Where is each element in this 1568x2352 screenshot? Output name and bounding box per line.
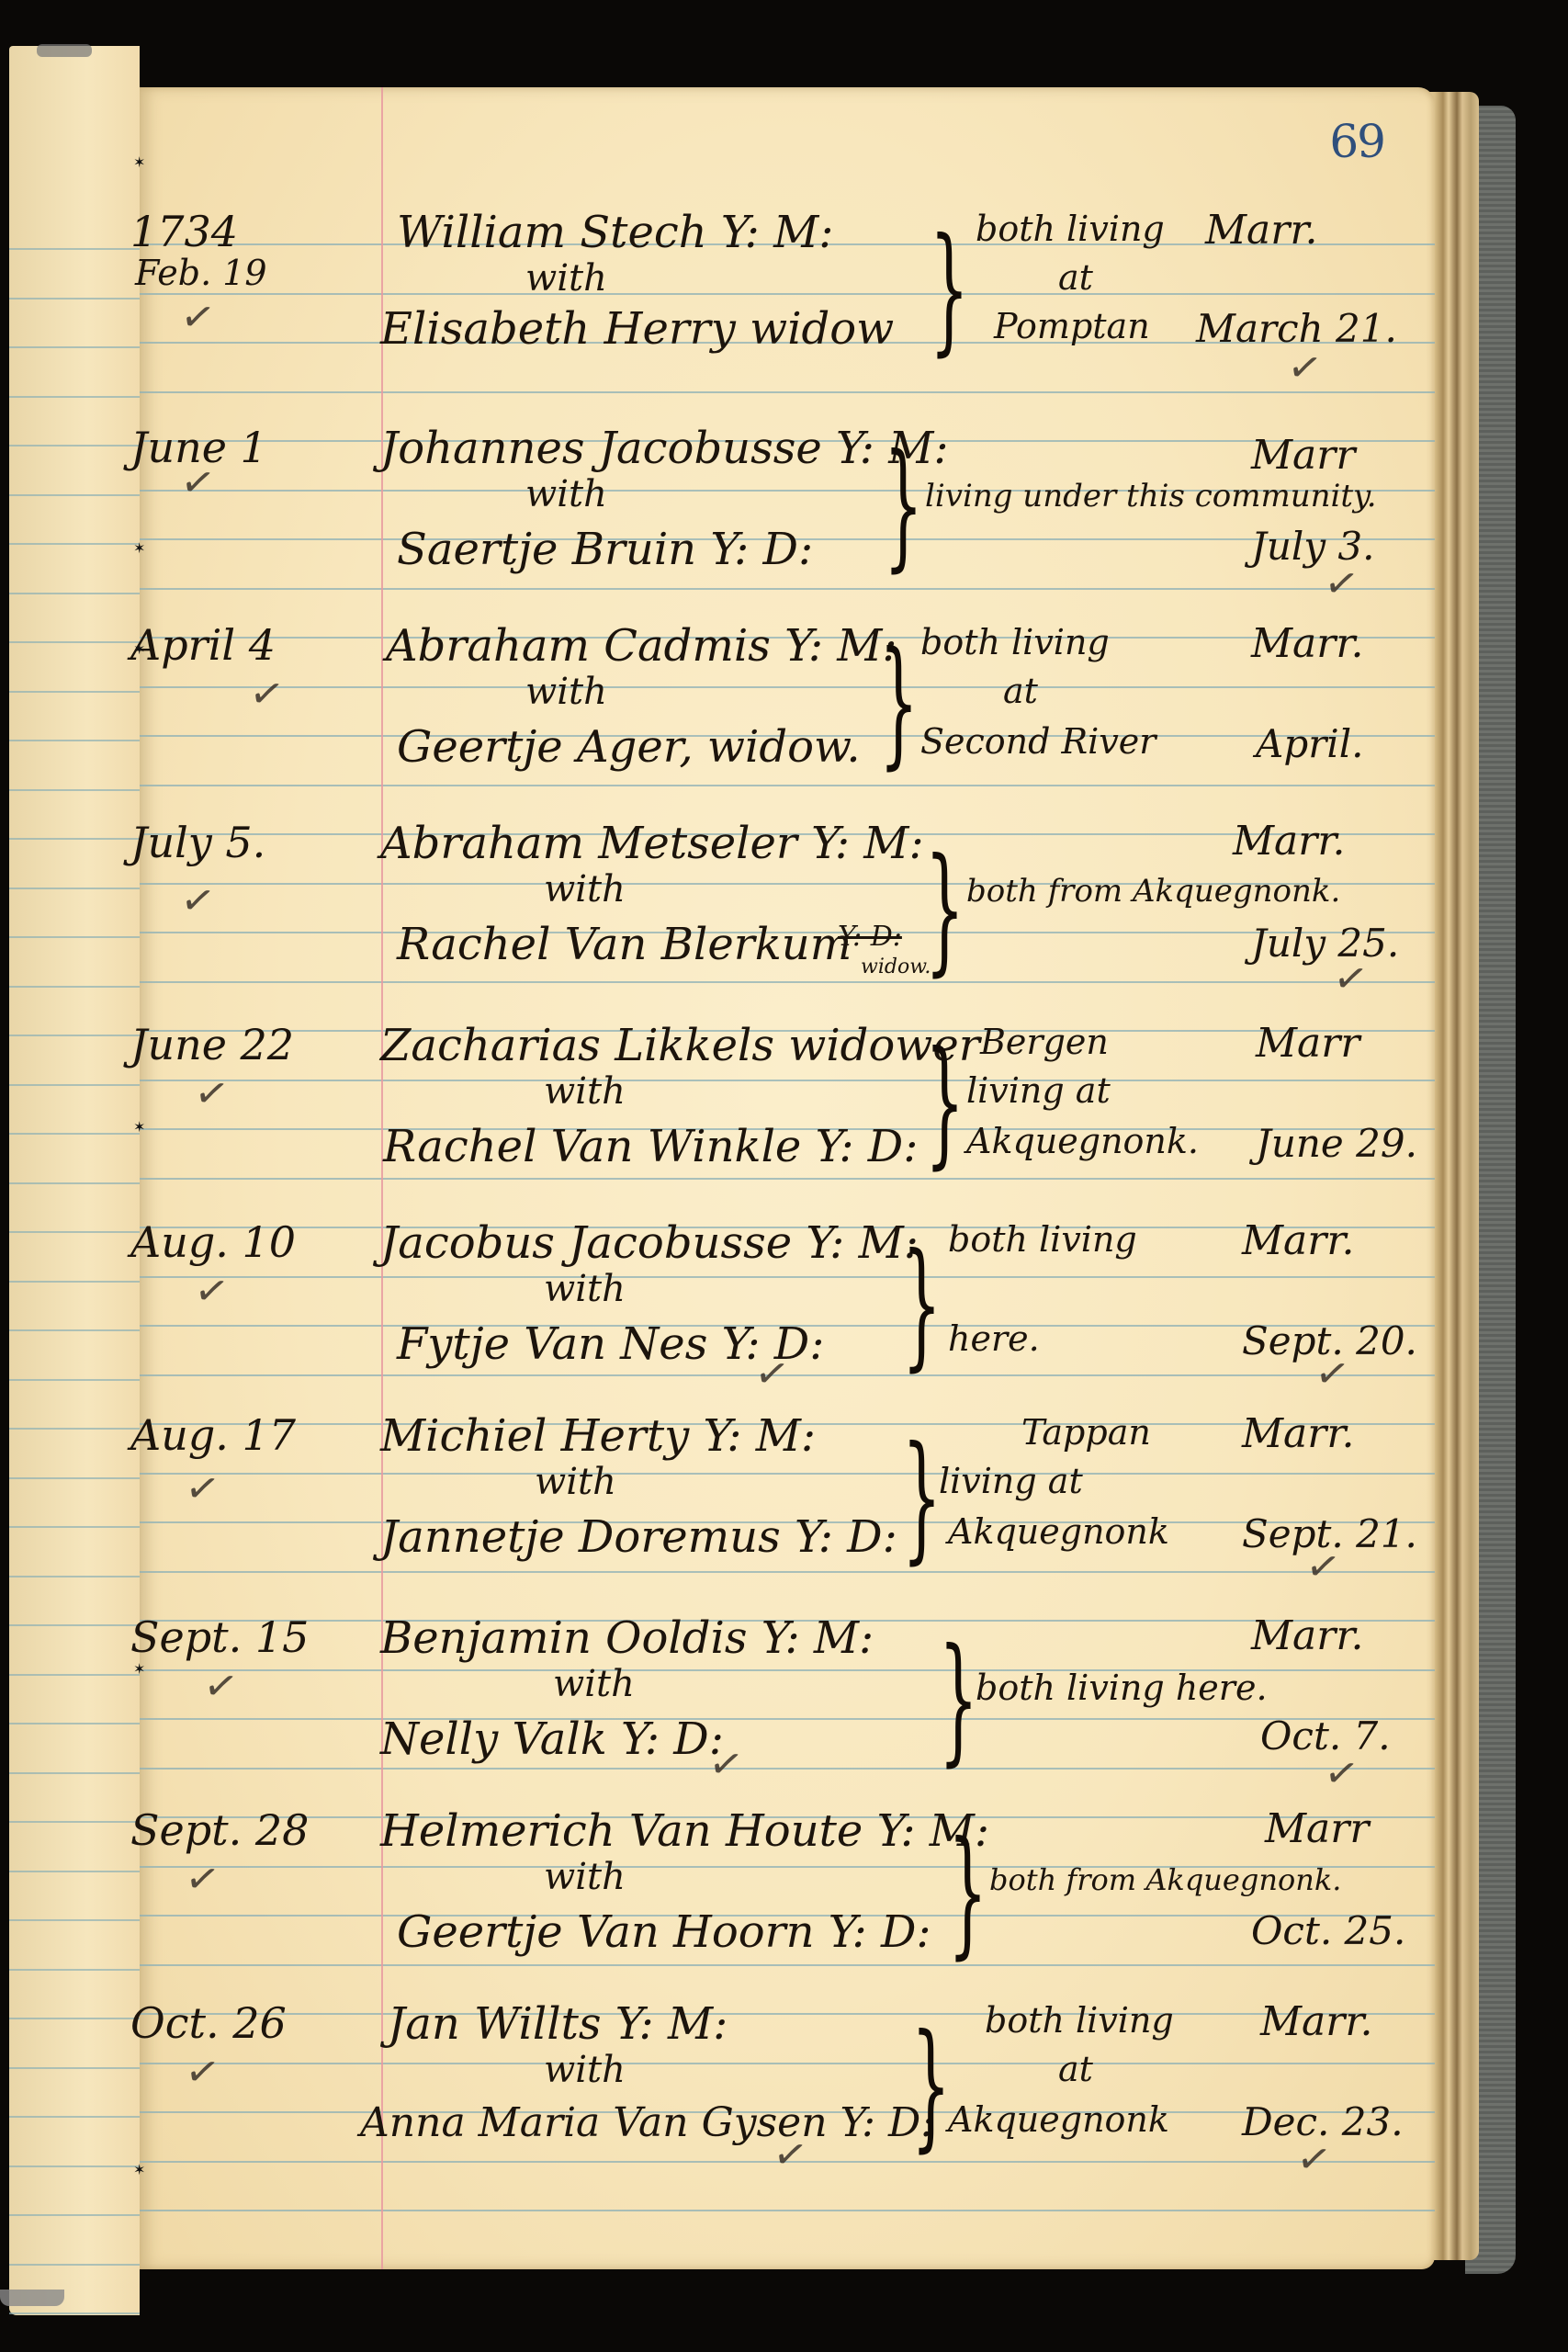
checkmark-icon: ✓ [1303,1541,1344,1593]
marriage-date: April. [1256,721,1364,766]
groom-name: Zacharias Likkels widower [380,1020,980,1071]
register-entry: July 5. ✓ Abraham Metseler Y: M: with Ra… [140,818,1435,974]
rule-line [9,1281,140,1283]
with-label: with [535,1461,616,1503]
with-label: with [544,2049,626,2091]
marriage-date: June 29. [1256,1121,1417,1166]
checkmark-icon: ✓ [182,1463,223,1515]
rule-line [9,1182,140,1184]
rule-line [9,346,140,348]
marriage-status: Marr. [1242,1410,1355,1457]
checkmark-icon: ✓ [200,1660,242,1713]
with-label: with [525,671,607,713]
with-label: with [544,1268,626,1310]
rule-line [9,936,140,938]
register-entry: Sept. 15 ✓ Benjamin Ooldis Y: M: with Ne… [140,1612,1435,1769]
checkmark-icon: ✓ [1321,1747,1362,1800]
rule-line [140,1571,1435,1573]
checkmark-icon: ✓ [177,291,219,344]
brace-icon: } [884,436,923,574]
rule-line [9,838,140,840]
spine-stitch-icon: ✶ [133,643,146,656]
bride-name: Saertje Bruin Y: D: [397,524,813,575]
brace-icon: } [879,634,919,772]
checkmark-icon: ✓ [177,457,219,509]
rule-line [9,740,140,741]
checkmark-icon: ✓ [705,1738,747,1791]
checkmark-icon: ✓ [182,1853,223,1905]
rule-line [140,785,1435,786]
checkmark-icon: ✓ [1321,558,1362,610]
checkmark-icon: ✓ [1284,342,1325,394]
rule-line [9,1821,140,1823]
spine-stitch-icon: ✶ [133,542,146,555]
rule-line [9,1231,140,1233]
residence-line-1: Tappan [1021,1412,1151,1453]
register-entry: Aug. 10 ✓ Jacobus Jacobusse Y: M: with F… [140,1217,1435,1374]
groom-name: Johannes Jacobusse Y: M: [380,423,949,474]
rule-line [9,888,140,889]
rule-line [9,1871,140,1872]
rule-line [9,1477,140,1479]
marriage-status: Marr. [1260,1998,1373,2045]
rule-line [9,986,140,988]
rule-line [9,1772,140,1774]
rule-line [9,1624,140,1626]
register-entry: June 22 ✓ Zacharias Likkels widower with… [140,1020,1435,1176]
brace-icon: } [925,841,964,978]
rule-line [9,2067,140,2069]
entry-date: Feb. 19 [135,253,267,293]
groom-name: Michiel Herty Y: M: [380,1410,816,1462]
spine-stitch-icon: ✶ [133,156,146,169]
rule-line [9,1576,140,1577]
rule-line [140,2210,1435,2211]
checkmark-icon: ✓ [1293,2133,1335,2186]
entry-date: Aug. 10 [130,1217,296,1267]
rule-line [9,1035,140,1036]
residence-line-1: both living here. [976,1668,1268,1708]
brace-icon: } [948,1824,987,1962]
residence-line-1: both living [920,622,1110,662]
marriage-status: Marr. [1205,207,1318,254]
checkmark-icon: ✓ [177,875,219,927]
checkmark-icon: ✓ [191,1068,232,1120]
entry-date: April 4 [130,620,276,670]
spine-stitch-icon: ✶ [133,1663,146,1676]
with-label: with [553,1663,635,1705]
rule-line [9,1084,140,1086]
residence-line-2: at [1058,257,1093,298]
residence-line-1: both living [976,209,1165,249]
residence-line-1: Bergen [980,1022,1109,1062]
checkmark-icon: ✓ [246,668,288,720]
residence-line-3: here. [948,1318,1040,1359]
with-label: with [544,1856,626,1898]
entry-date: Oct. 26 [130,1998,287,2048]
residence-line-3: Akquegnonk [948,1511,1169,1552]
marriage-date: Oct. 25. [1251,1908,1405,1953]
entry-date: July 5. [130,818,265,867]
with-label: with [525,473,607,515]
rule-line [140,981,1435,983]
rule-line [9,1133,140,1135]
entry-date: Aug. 17 [130,1410,296,1460]
rule-line [9,2116,140,2118]
marriage-status: Marr. [1251,1612,1364,1659]
bride-note: widow. [861,955,931,978]
groom-name: Jan Willts Y: M: [388,1998,728,2050]
marriage-date: Oct. 7. [1260,1713,1391,1758]
checkmark-icon: ✓ [1330,953,1371,1005]
rule-line [9,1428,140,1430]
register-page: 69 1734 Feb. 19 ✓ William Stech Y: M: wi… [140,87,1435,2269]
rule-line [9,494,140,496]
groom-name: William Stech Y: M: [397,207,833,258]
spine-stitch-icon: ✶ [133,1121,146,1134]
with-label: with [544,1070,626,1113]
checkmark-icon: ✓ [751,1348,793,1400]
left-page-edge [9,46,140,2315]
bride-name: Nelly Valk Y: D: [380,1713,724,1765]
entry-year: 1734 [130,207,238,256]
residence-line-3: Pomptan [994,306,1150,346]
bride-name: Rachel Van Winkle Y: D: [383,1121,918,1172]
residence-line-2: at [1003,671,1038,711]
residence-line-3: Akquegnonk. [966,1121,1199,1161]
rule-line [140,1178,1435,1180]
marriage-date: July 25. [1251,921,1399,966]
rule-line [9,396,140,398]
register-entry: 1734 Feb. 19 ✓ William Stech Y: M: with … [140,207,1435,363]
residence-line-1: both from Akquegnonk. [989,1862,1341,1897]
bride-name: Geertje Van Hoorn Y: D: [397,1906,931,1958]
checkmark-icon: ✓ [770,2129,811,2181]
entry-date: Sept. 28 [130,1805,309,1855]
rule-line [9,298,140,300]
groom-name: Helmerich Van Houte Y: M: [380,1805,989,1857]
register-entry: Aug. 17 ✓ Michiel Herty Y: M: with Janne… [140,1410,1435,1566]
rule-line [9,691,140,693]
brace-icon: } [925,1034,964,1171]
residence-line-1: both from Akquegnonk. [966,873,1340,910]
rule-line [9,1674,140,1676]
rule-line [9,445,140,447]
bride-name: Jannetje Doremus Y: D: [380,1511,897,1563]
checkmark-icon: ✓ [191,1265,232,1317]
bride-name: Elisabeth Herry widow [380,303,894,355]
register-entry: June 1 ✓ Johannes Jacobusse Y: M: with S… [140,423,1435,579]
rule-line [140,588,1435,590]
page-number: 69 [1329,115,1384,168]
residence-line-3: Akquegnonk [948,2099,1169,2140]
residence-line-1: living under this community. [925,478,1377,514]
brace-icon: } [911,2017,951,2154]
groom-name: Jacobus Jacobusse Y: M: [380,1217,919,1269]
with-label: with [544,868,626,910]
checkmark-icon: ✓ [182,2046,223,2098]
brace-icon: } [930,220,969,358]
rule-line [9,641,140,643]
rule-line [9,1526,140,1528]
marriage-status: Marr. [1242,1217,1355,1264]
rule-line [9,1919,140,1921]
left-cover-cloth [37,44,92,57]
rule-line [9,1723,140,1724]
rule-line [9,1969,140,1971]
with-label: with [525,257,607,300]
rule-line [9,2214,140,2216]
rule-line [9,248,140,250]
register-entry: Oct. 26 ✓ Jan Willts Y: M: with Anna Mar… [140,1998,1435,2154]
marriage-status: Marr [1251,432,1355,479]
checkmark-icon: ✓ [1312,1348,1353,1400]
rule-line [9,2018,140,2019]
entry-date: June 22 [130,1020,294,1069]
residence-line-1: both living [948,1219,1137,1260]
rule-line [140,391,1435,393]
struck-abbreviation: Y: D: [838,921,902,953]
marriage-status: Marr [1256,1020,1359,1067]
bride-name: Geertje Ager, widow. [397,721,861,773]
residence-line-3: Second River [920,721,1156,762]
brace-icon: } [902,1429,942,1566]
rule-line [9,789,140,791]
groom-name: Benjamin Ooldis Y: M: [380,1612,874,1664]
residence-line-2: living at [966,1070,1111,1111]
groom-name: Abraham Cadmis Y: M: [386,620,897,672]
rule-line [9,1379,140,1381]
residence-line-1: both living [985,2000,1174,2041]
rule-line [9,543,140,545]
spine-stitch-icon: ✶ [133,2164,146,2177]
rule-line [9,1329,140,1331]
rule-line [9,2165,140,2167]
marriage-status: Marr [1265,1805,1369,1852]
register-entry: Sept. 28 ✓ Helmerich Van Houte Y: M: wit… [140,1805,1435,1962]
residence-line-2: at [1058,2049,1093,2089]
brace-icon: } [939,1631,978,1769]
bride-name: Anna Maria Van Gysen Y: D: [360,2099,934,2146]
rule-line [140,1964,1435,1966]
groom-name: Abraham Metseler Y: M: [380,818,924,869]
bride-name: Rachel Van Blerkum [397,919,852,970]
rule-line [9,593,140,594]
rule-line [9,2312,140,2314]
residence-line-2: living at [939,1461,1083,1501]
register-entry: April 4 ✓ Abraham Cadmis Y: M: with Geer… [140,620,1435,776]
marriage-status: Marr. [1251,620,1364,667]
left-cover-cloth-bottom [0,2290,64,2306]
entry-date: Sept. 15 [130,1612,309,1662]
rule-line [9,2264,140,2266]
marriage-status: Marr. [1233,818,1346,865]
brace-icon: } [902,1236,942,1374]
